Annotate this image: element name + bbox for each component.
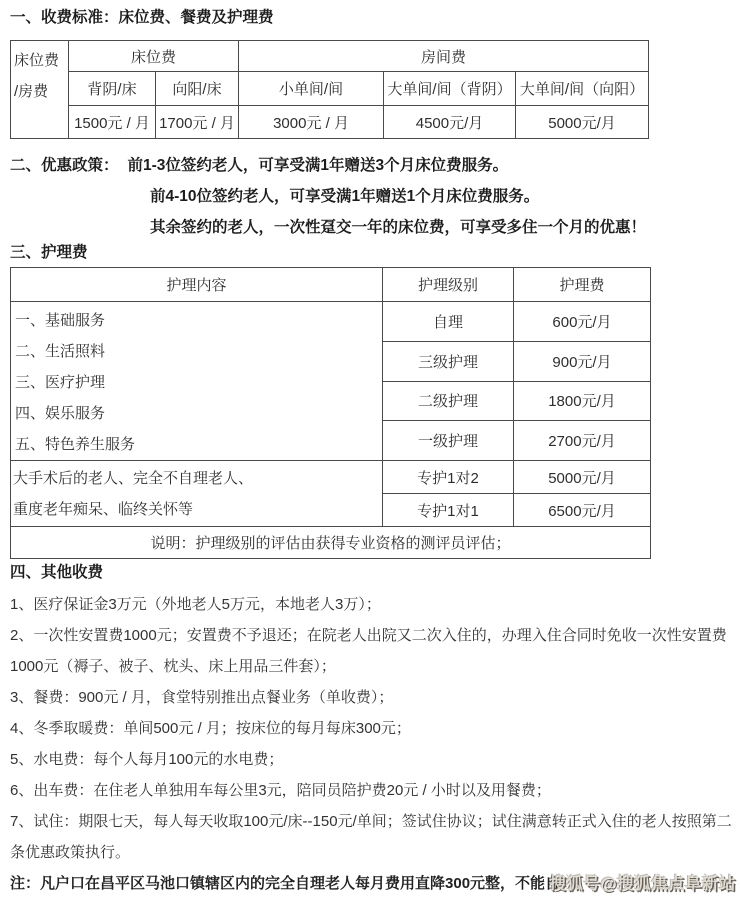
other-fee-item: 7、试住：期限七天，每人每天收取100元/床--150元/单间；签试住协议；试住…	[10, 806, 732, 868]
care-level: 三级护理	[383, 341, 514, 381]
discount-policy-label: 二、优惠政策：	[10, 157, 119, 174]
care-fee: 2700元/月	[514, 421, 651, 461]
fee-value: 1500元 / 月	[69, 106, 156, 139]
care-fee: 1800元/月	[514, 381, 651, 421]
special-care-content-cell: 大手术后的老人、完全不自理老人、 重度老年痴呆、临终关怀等	[11, 461, 383, 527]
section4-title: 四、其他收费	[10, 563, 732, 583]
care-fee: 900元/月	[514, 341, 651, 381]
corner-line1: 床位费	[14, 45, 67, 76]
care-level: 二级护理	[383, 381, 514, 421]
other-fee-item: 2、一次性安置费1000元；安置费不予退还；在院老人出院又二次入住的，办理入住合…	[10, 620, 732, 682]
sohu-watermark: 搜狐号@搜狐焦点阜新站	[549, 869, 736, 900]
care-level: 自理	[383, 302, 514, 342]
other-fees-list: 1、医疗保证金3万元（外地老人5万元，本地老人3万）； 2、一次性安置费1000…	[10, 589, 732, 899]
other-fee-item: 1、医疗保证金3万元（外地老人5万元，本地老人3万）；	[10, 589, 732, 620]
discount-policy-section: 二、优惠政策：前1-3位签约老人，可享受满1年赠送3个月床位费服务。 前4-10…	[10, 150, 732, 243]
special-care-line: 重度老年痴呆、临终关怀等	[13, 494, 380, 525]
care-item: 三、医疗护理	[15, 367, 380, 398]
care-item: 二、生活照料	[15, 336, 380, 367]
column-header: 小单间/间	[239, 72, 384, 106]
fee-value: 4500元/月	[384, 106, 516, 139]
other-fee-item: 6、出车费：在住老人单独用车每公里3元，陪同员陪护费20元 / 小时以及用餐费；	[10, 775, 732, 806]
footnote-line: 注：凡户口在昌平区马池口镇辖区内的完全自理老人每月费用直降300元整，不能自 搜…	[10, 868, 732, 899]
corner-cell: 床位费 /房费	[11, 41, 69, 139]
fee-standard-document: 一、收费标准：床位费、餐费及护理费 床位费 /房费 床位费 房间费 背阴/床 向…	[0, 0, 740, 902]
other-fee-item: 4、冬季取暖费：单间500元 / 月；按床位的每月每床300元；	[10, 713, 732, 744]
other-fee-item: 3、餐费：900元 / 月，食堂特别推出点餐业务（单收费）；	[10, 682, 732, 713]
table-row: 背阴/床 向阳/床 小单间/间 大单间/间（背阴） 大单间/间（向阳）	[11, 72, 649, 106]
column-header: 向阳/床	[156, 72, 239, 106]
nursing-fee-table: 护理内容 护理级别 护理费 一、基础服务 二、生活照料 三、医疗护理 四、娱乐服…	[10, 267, 651, 559]
care-fee: 5000元/月	[514, 461, 651, 494]
bed-room-fee-table: 床位费 /房费 床位费 房间费 背阴/床 向阳/床 小单间/间 大单间/间（背阴…	[10, 40, 649, 139]
column-header: 护理级别	[383, 268, 514, 302]
discount-line-1-text: 前1-3位签约老人，可享受满1年赠送3个月床位费服务。	[128, 157, 509, 174]
group-header-room-fee: 房间费	[239, 41, 649, 72]
fee-value: 1700元 / 月	[156, 106, 239, 139]
footnote-text: 注：凡户口在昌平区马池口镇辖区内的完全自理老人每月费用直降300元整，不能自	[10, 875, 560, 892]
discount-line-1: 二、优惠政策：前1-3位签约老人，可享受满1年赠送3个月床位费服务。	[10, 150, 732, 181]
care-fee: 6500元/月	[514, 494, 651, 527]
special-care-line: 大手术后的老人、完全不自理老人、	[13, 463, 380, 494]
discount-line-2: 前4-10位签约老人，可享受满1年赠送1个月床位费服务。	[10, 181, 732, 212]
table-row: 大手术后的老人、完全不自理老人、 重度老年痴呆、临终关怀等 专护1对2 5000…	[11, 461, 651, 494]
corner-line2: /房费	[14, 76, 67, 107]
group-header-bed-fee: 床位费	[69, 41, 239, 72]
column-header: 护理内容	[11, 268, 383, 302]
other-fee-item: 5、水电费：每个人每月100元的水电费；	[10, 744, 732, 775]
table-row: 床位费 /房费 床位费 房间费	[11, 41, 649, 72]
section3-title: 三、护理费	[10, 243, 732, 263]
table-row: 护理内容 护理级别 护理费	[11, 268, 651, 302]
table-row: 1500元 / 月 1700元 / 月 3000元 / 月 4500元/月 50…	[11, 106, 649, 139]
discount-line-3: 其余签约的老人，一次性趸交一年的床位费，可享受多住一个月的优惠！	[10, 212, 732, 243]
fee-value: 5000元/月	[516, 106, 649, 139]
care-item: 一、基础服务	[15, 305, 380, 336]
care-fee: 600元/月	[514, 302, 651, 342]
care-item: 四、娱乐服务	[15, 398, 380, 429]
column-header: 背阴/床	[69, 72, 156, 106]
column-header: 大单间/间（背阴）	[384, 72, 516, 106]
table-row: 说明：护理级别的评估由获得专业资格的测评员评估；	[11, 527, 651, 559]
care-level: 一级护理	[383, 421, 514, 461]
care-level: 专护1对2	[383, 461, 514, 494]
fee-value: 3000元 / 月	[239, 106, 384, 139]
care-item: 五、特色养生服务	[15, 429, 380, 460]
table-note: 说明：护理级别的评估由获得专业资格的测评员评估；	[11, 527, 651, 559]
care-content-cell: 一、基础服务 二、生活照料 三、医疗护理 四、娱乐服务 五、特色养生服务	[11, 302, 383, 461]
section1-title: 一、收费标准：床位费、餐费及护理费	[10, 8, 732, 28]
table-row: 一、基础服务 二、生活照料 三、医疗护理 四、娱乐服务 五、特色养生服务 自理 …	[11, 302, 651, 342]
column-header: 护理费	[514, 268, 651, 302]
care-level: 专护1对1	[383, 494, 514, 527]
column-header: 大单间/间（向阳）	[516, 72, 649, 106]
